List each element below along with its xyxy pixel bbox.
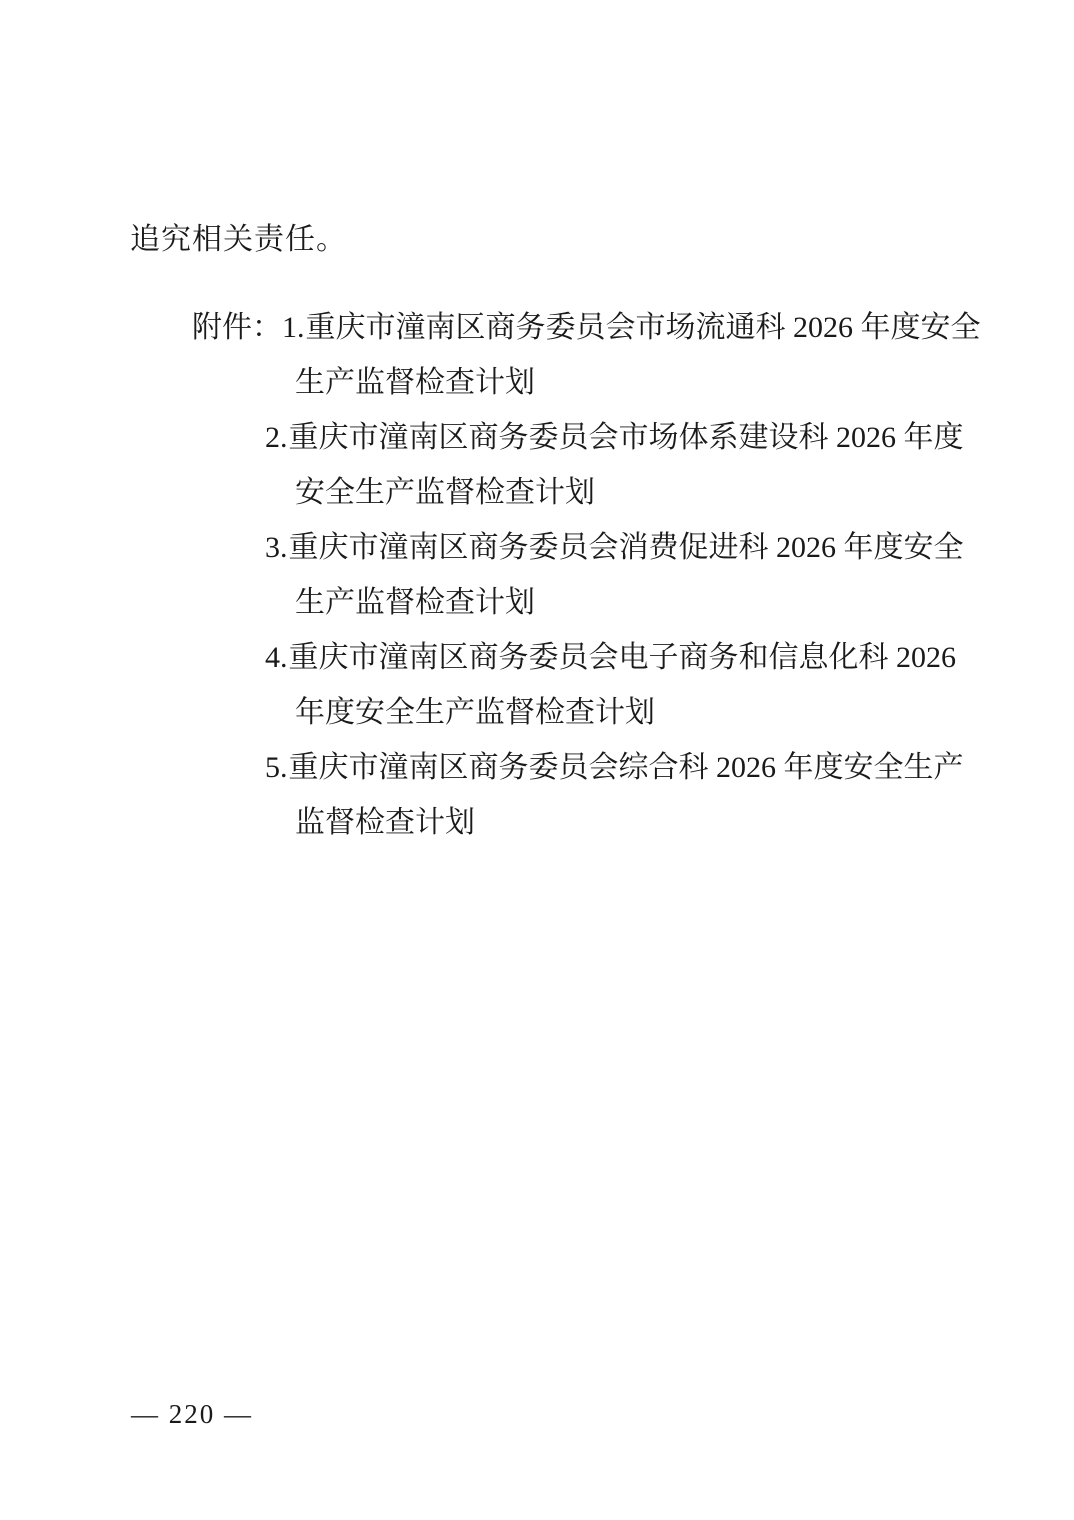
page-number: — 220 —	[131, 1399, 253, 1430]
attachment-item-5-line-2: 监督检查计划	[295, 795, 1074, 850]
attachment-item-1-line-2: 生产监督检查计划	[295, 355, 1074, 410]
attachment-item-2-line-1: 2.重庆市潼南区商务委员会市场体系建设科 2026 年度	[265, 410, 1074, 465]
attachment-item-3-line-1: 3.重庆市潼南区商务委员会消费促进科 2026 年度安全	[265, 520, 1074, 575]
closing-paragraph: 追究相关责任。	[130, 214, 347, 258]
attachment-item-number: 1.	[282, 311, 305, 344]
attachment-item-text: 重庆市潼南区商务委员会电子商务和信息化科 2026	[289, 641, 957, 674]
attachment-item-1-line-1: 附件：1.重庆市潼南区商务委员会市场流通科 2026 年度安全	[192, 300, 1074, 355]
document-page: { "paragraph": "追究相关责任。", "attachments":…	[0, 0, 1074, 1520]
attachment-block: 附件：1.重庆市潼南区商务委员会市场流通科 2026 年度安全 生产监督检查计划…	[0, 300, 1074, 850]
attachment-item-number: 2.	[265, 421, 288, 454]
attachment-label: 附件：	[192, 311, 282, 344]
attachment-item-5-line-1: 5.重庆市潼南区商务委员会综合科 2026 年度安全生产	[265, 740, 1074, 795]
attachment-item-3-line-2: 生产监督检查计划	[295, 575, 1074, 630]
attachment-item-text: 重庆市潼南区商务委员会综合科 2026 年度安全生产	[289, 751, 964, 784]
attachment-item-text: 重庆市潼南区商务委员会市场流通科 2026 年度安全	[306, 311, 981, 344]
attachment-item-number: 5.	[265, 751, 288, 784]
attachment-item-text: 重庆市潼南区商务委员会消费促进科 2026 年度安全	[289, 531, 964, 564]
attachment-item-4-line-1: 4.重庆市潼南区商务委员会电子商务和信息化科 2026	[265, 630, 1074, 685]
attachment-item-2-line-2: 安全生产监督检查计划	[295, 465, 1074, 520]
attachment-item-number: 3.	[265, 531, 288, 564]
attachment-item-4-line-2: 年度安全生产监督检查计划	[295, 685, 1074, 740]
attachment-item-number: 4.	[265, 641, 288, 674]
attachment-item-text: 重庆市潼南区商务委员会市场体系建设科 2026 年度	[289, 421, 964, 454]
